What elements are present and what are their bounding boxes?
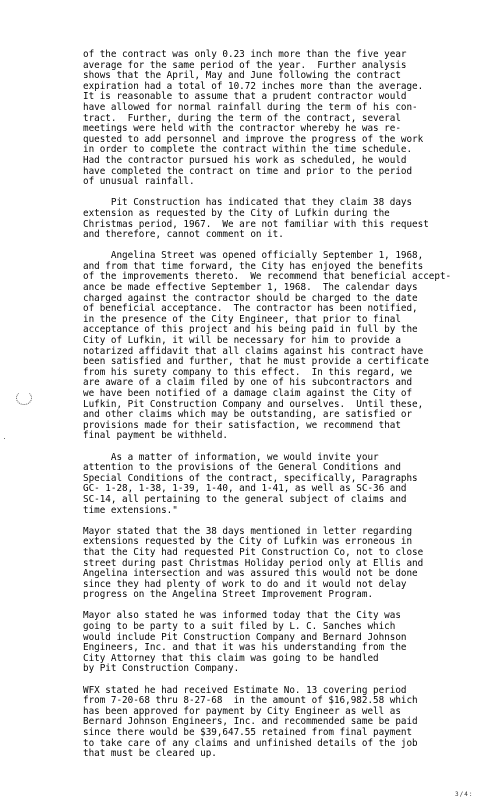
text-line: of the contract was only 0.23 inch more … xyxy=(83,50,443,61)
text-line: have allowed for normal rainfall during … xyxy=(83,103,443,114)
paragraph-general-conditions-reference: As a matter of information, we would inv… xyxy=(83,453,443,517)
text-line: SC-14, all pertaining to the general sub… xyxy=(83,495,443,506)
document-page: of the contract was only 0.23 inch more … xyxy=(0,0,492,800)
scan-speck xyxy=(4,438,5,439)
paragraph-gap xyxy=(83,442,443,453)
page-number-mark: 3/4: xyxy=(455,791,473,798)
paragraph-mayor-suit-notice: Mayor also stated he was informed today … xyxy=(83,611,443,675)
text-line: Had the contractor pursued his work as s… xyxy=(83,156,443,167)
document-body: of the contract was only 0.23 inch more … xyxy=(83,50,443,760)
text-line: we have been notified of a damage claim … xyxy=(83,389,443,400)
text-line: and therefore, cannot comment on it. xyxy=(83,230,443,241)
text-line: extension as requested by the City of Lu… xyxy=(83,209,443,220)
paragraph-pit-construction-claim: Pit Construction has indicated that they… xyxy=(83,198,443,240)
paragraph-angelina-street-acceptance: Angelina Street was opened officially Se… xyxy=(83,251,443,442)
punch-hole-mark xyxy=(16,391,32,405)
text-line: that must be cleared up. xyxy=(83,749,443,760)
paragraph-rainfall-analysis: of the contract was only 0.23 inch more … xyxy=(83,50,443,188)
text-line: time extensions." xyxy=(83,506,443,517)
text-line: since there would be $39,647.55 retained… xyxy=(83,728,443,739)
text-line: by Pit Construction Company. xyxy=(83,664,443,675)
text-line: that the City had requested Pit Construc… xyxy=(83,548,443,559)
text-line: progress on the Angelina Street Improvem… xyxy=(83,590,443,601)
paragraph-estimate-13: WFX stated he had received Estimate No. … xyxy=(83,686,443,760)
text-line: of unusual rainfall. xyxy=(83,177,443,188)
text-line: final payment be withheld. xyxy=(83,431,443,442)
paragraph-mayor-38-days: Mayor stated that the 38 days mentioned … xyxy=(83,527,443,601)
